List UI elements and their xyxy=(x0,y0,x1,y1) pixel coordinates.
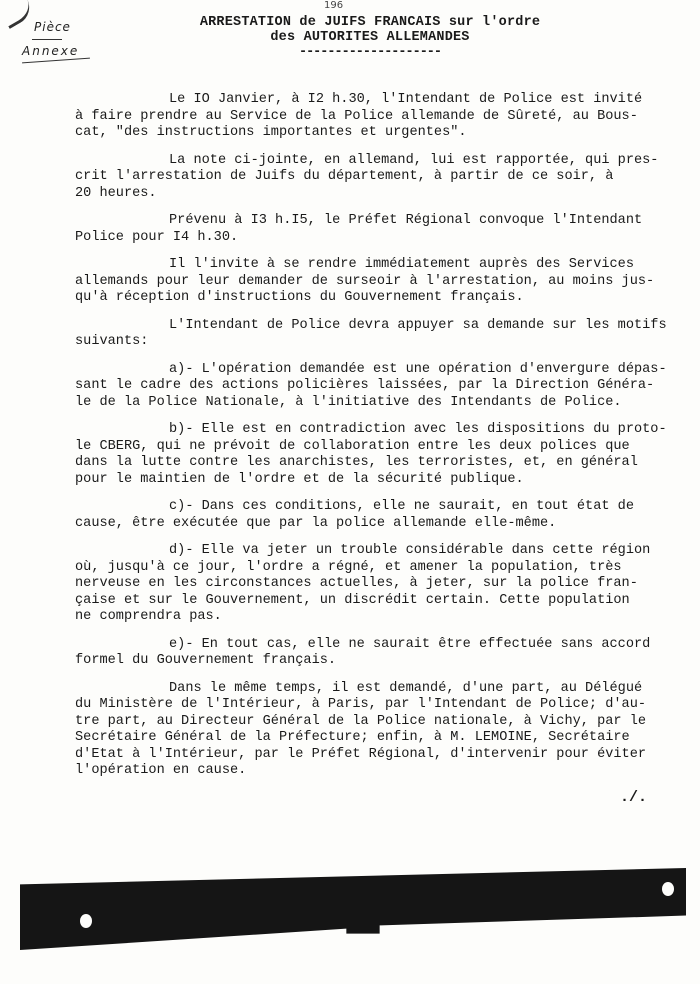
text-line: b)- Elle est en contradiction avec les d… xyxy=(75,422,695,439)
continuation-mark: ./. xyxy=(620,789,647,806)
paragraph: Prévenu à I3 h.I5, le Préfet Régional co… xyxy=(75,213,695,246)
text-line: Secrétaire Général de la Préfecture; enf… xyxy=(75,730,695,747)
text-line: formel du Gouvernement français. xyxy=(75,653,695,670)
text-line: c)- Dans ces conditions, elle ne saurait… xyxy=(75,499,695,516)
text-line: le CBERG, qui ne prévoit de collaboratio… xyxy=(75,439,695,456)
document-title: ARRESTATION de JUIFS FRANCAIS sur l'ordr… xyxy=(150,15,590,60)
margin-note-piece: Pièce xyxy=(34,20,90,34)
text-line: à faire prendre au Service de la Police … xyxy=(75,109,695,126)
text-line: où, jusqu'à ce jour, l'ordre a régné, et… xyxy=(75,560,695,577)
paragraph: L'Intendant de Police devra appuyer sa d… xyxy=(75,318,695,351)
document-body: Le IO Janvier, à I2 h.30, l'Intendant de… xyxy=(75,92,695,791)
page-number: 196 xyxy=(324,0,343,11)
text-line: tre part, au Directeur Général de la Pol… xyxy=(75,714,695,731)
scan-dark-strip xyxy=(20,868,686,950)
text-line: dans la lutte contre les anarchistes, le… xyxy=(75,455,695,472)
text-line: nerveuse en les circonstances actuelles,… xyxy=(75,576,695,593)
punch-hole-right xyxy=(662,882,674,896)
margin-annotation: Pièce Annexe xyxy=(22,20,90,61)
text-line: çaise et sur le Gouvernement, un discréd… xyxy=(75,593,695,610)
document-page: 196 Pièce Annexe ARRESTATION de JUIFS FR… xyxy=(0,0,700,984)
text-line: Dans le même temps, il est demandé, d'un… xyxy=(75,681,695,698)
text-line: cat, "des instructions importantes et ur… xyxy=(75,125,695,142)
paragraph: b)- Elle est en contradiction avec les d… xyxy=(75,422,695,488)
text-line: d)- Elle va jeter un trouble considérabl… xyxy=(75,543,695,560)
text-line: sant le cadre des actions policières lai… xyxy=(75,378,695,395)
paragraph: La note ci-jointe, en allemand, lui est … xyxy=(75,153,695,203)
title-underline: -------------------- xyxy=(150,45,590,60)
text-line: Prévenu à I3 h.I5, le Préfet Régional co… xyxy=(75,213,695,230)
paragraph: c)- Dans ces conditions, elle ne saurait… xyxy=(75,499,695,532)
text-line: ne comprendra pas. xyxy=(75,609,695,626)
paragraph: d)- Elle va jeter un trouble considérabl… xyxy=(75,543,695,626)
text-line: Il l'invite à se rendre immédiatement au… xyxy=(75,257,695,274)
text-line: d'Etat à l'Intérieur, par le Préfet Régi… xyxy=(75,747,695,764)
punch-hole-left xyxy=(80,914,92,928)
margin-note-underline xyxy=(22,58,90,64)
paragraph: Dans le même temps, il est demandé, d'un… xyxy=(75,681,695,780)
text-line: allemands pour leur demander de surseoir… xyxy=(75,274,695,291)
text-line: cause, être exécutée que par la police a… xyxy=(75,516,695,533)
text-line: e)- En tout cas, elle ne saurait être ef… xyxy=(75,637,695,654)
text-line: 20 heures. xyxy=(75,186,695,203)
paragraph: Le IO Janvier, à I2 h.30, l'Intendant de… xyxy=(75,92,695,142)
text-line: a)- L'opération demandée est une opérati… xyxy=(75,362,695,379)
title-line-2: des AUTORITES ALLEMANDES xyxy=(150,30,590,45)
text-line: l'opération en cause. xyxy=(75,763,695,780)
paragraph: a)- L'opération demandée est une opérati… xyxy=(75,362,695,412)
text-line: qu'à réception d'instructions du Gouvern… xyxy=(75,290,695,307)
margin-note-rule xyxy=(32,39,62,40)
margin-note-annexe: Annexe xyxy=(22,44,90,58)
text-line: La note ci-jointe, en allemand, lui est … xyxy=(75,153,695,170)
paragraph: e)- En tout cas, elle ne saurait être ef… xyxy=(75,637,695,670)
title-line-1: ARRESTATION de JUIFS FRANCAIS sur l'ordr… xyxy=(150,15,590,30)
text-line: crit l'arrestation de Juifs du départeme… xyxy=(75,169,695,186)
text-line: pour le maintien de l'ordre et de la séc… xyxy=(75,472,695,489)
text-line: du Ministère de l'Intérieur, à Paris, pa… xyxy=(75,697,695,714)
text-line: L'Intendant de Police devra appuyer sa d… xyxy=(75,318,695,335)
text-line: suivants: xyxy=(75,334,695,351)
text-line: Le IO Janvier, à I2 h.30, l'Intendant de… xyxy=(75,92,695,109)
text-line: le de la Police Nationale, à l'initiativ… xyxy=(75,395,695,412)
text-line: Police pour I4 h.30. xyxy=(75,230,695,247)
paragraph: Il l'invite à se rendre immédiatement au… xyxy=(75,257,695,307)
